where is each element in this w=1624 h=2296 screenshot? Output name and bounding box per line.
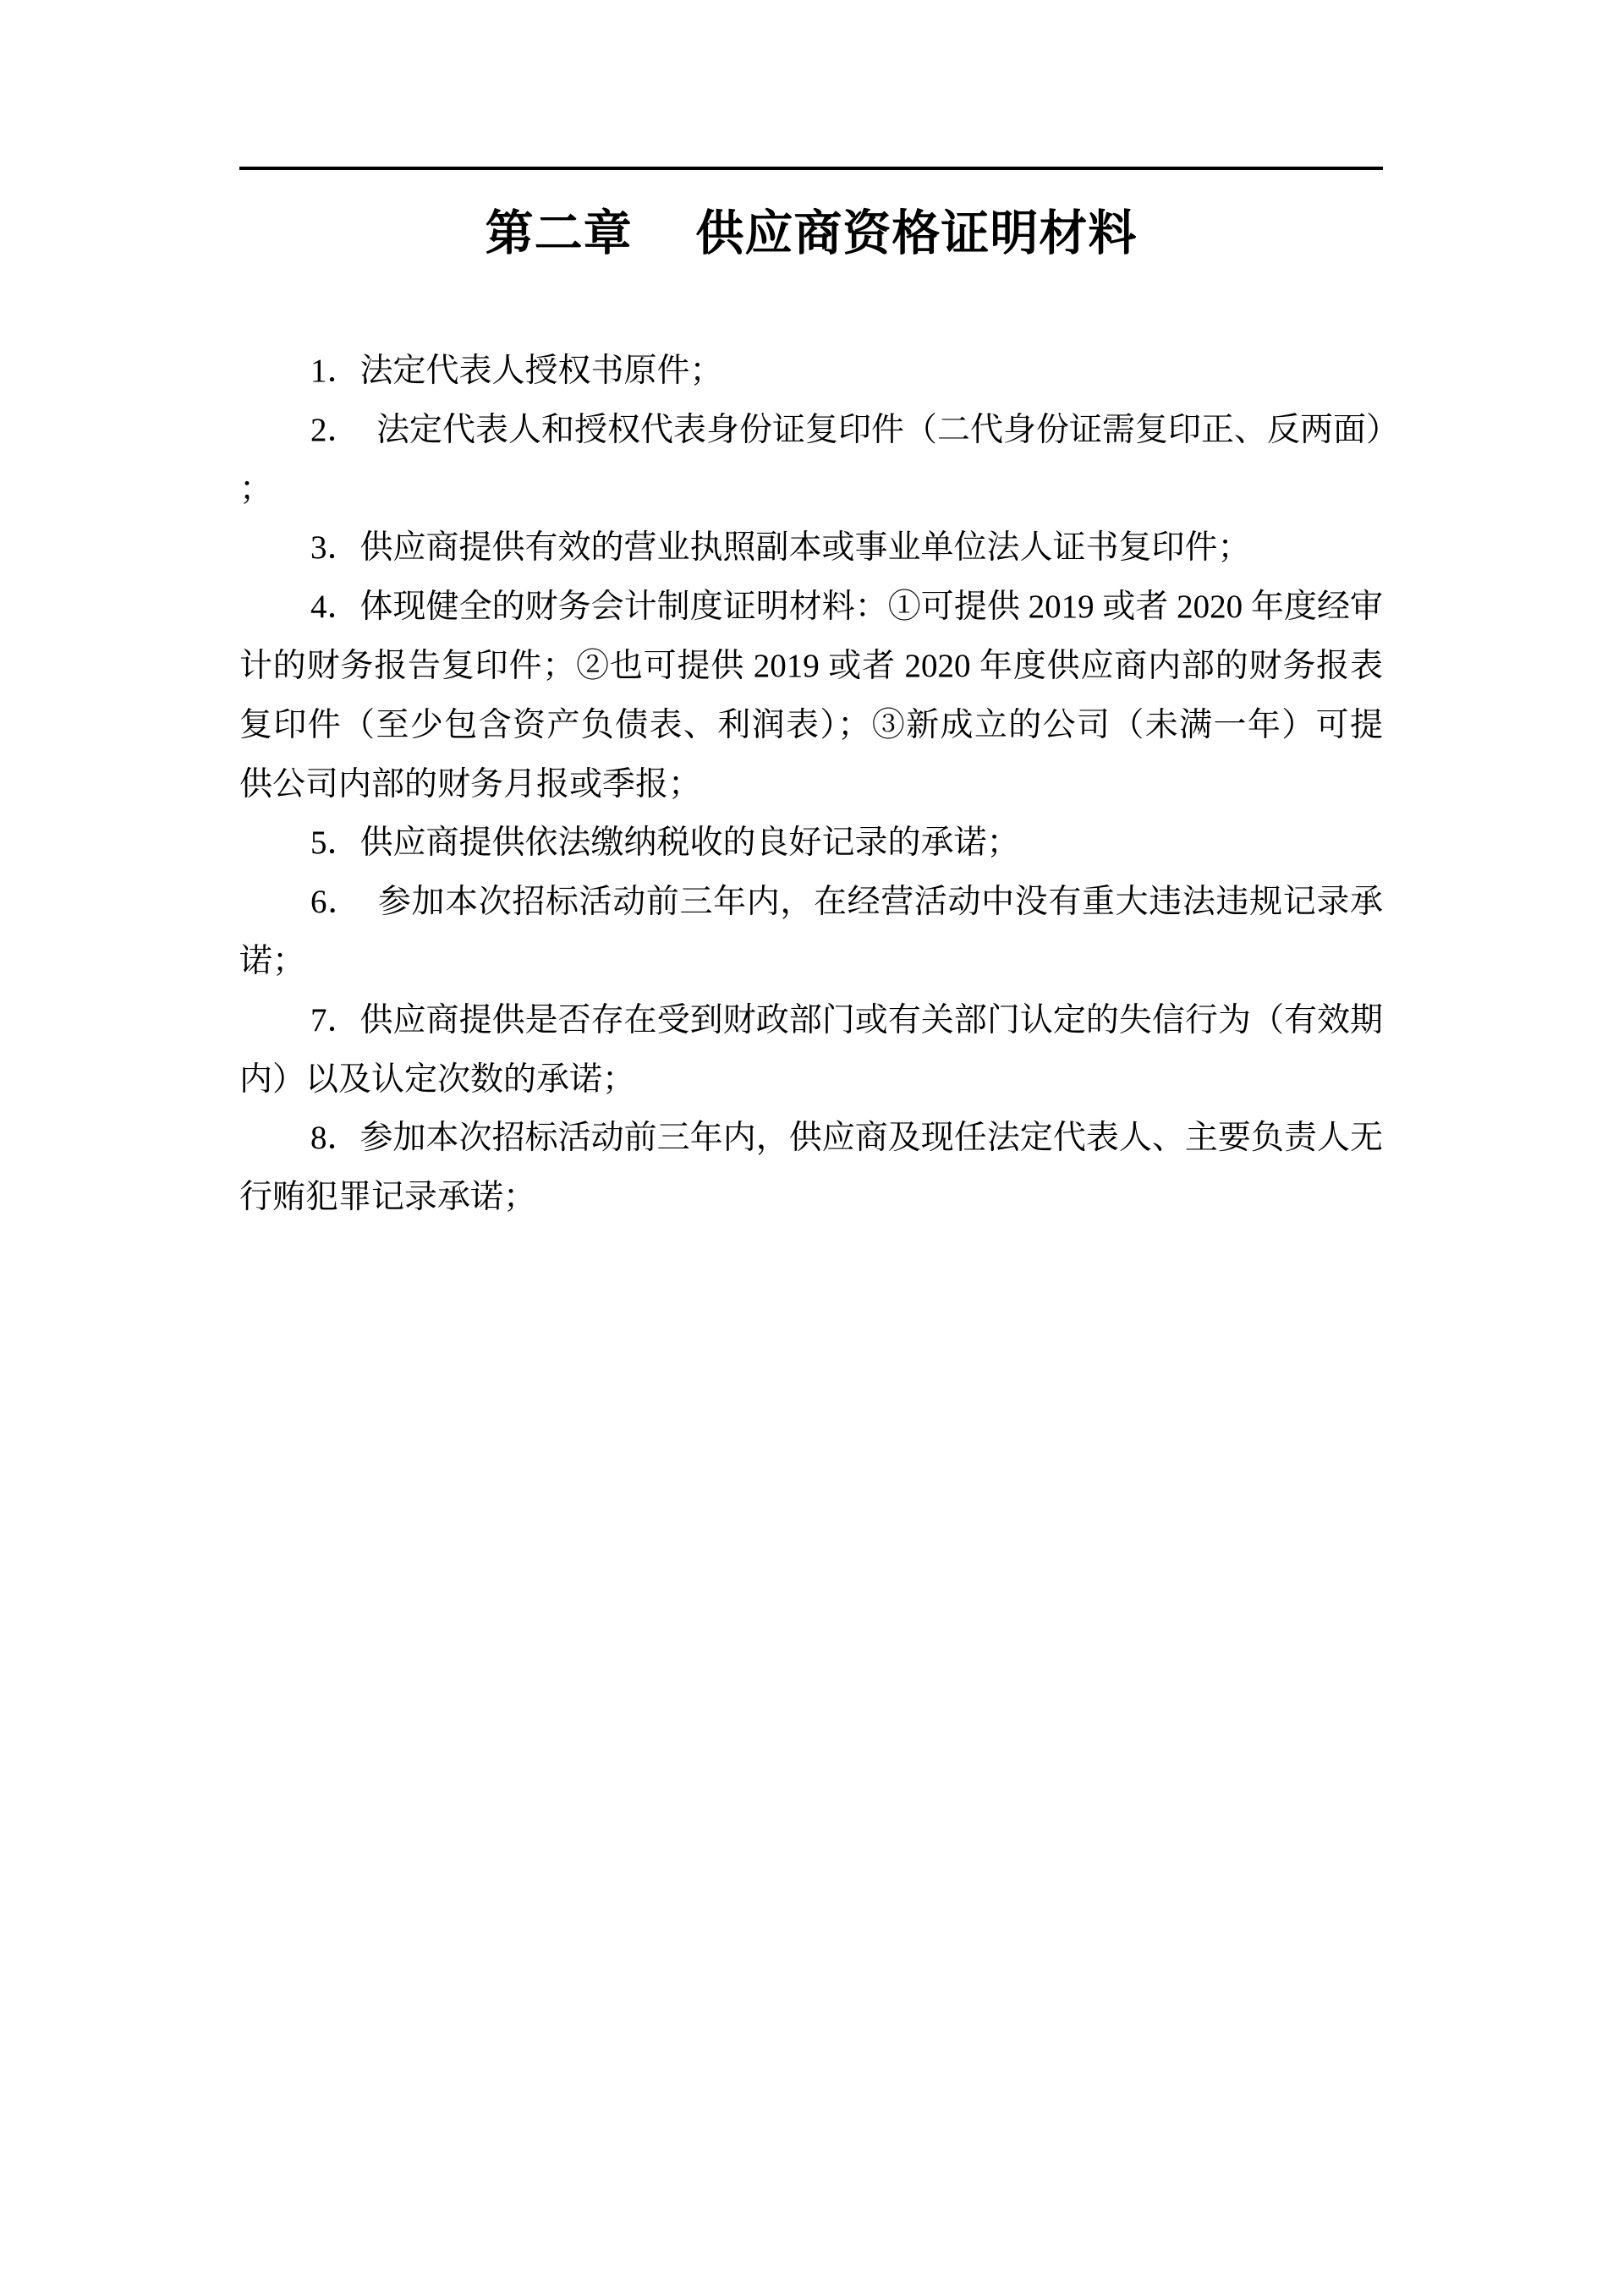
document-line: 诺； [239, 932, 1383, 991]
document-line: 3．供应商提供有效的营业执照副本或事业单位法人证书复印件； [239, 518, 1383, 578]
document-line: 2． 法定代表人和授权代表身份证复印件（二代身份证需复印正、反两面） [239, 401, 1383, 460]
document-line: 4．体现健全的财务会计制度证明材料：①可提供 2019 或者 2020 年度经审 [239, 578, 1383, 637]
document-line: 7．供应商提供是否存在受到财政部门或有关部门认定的失信行为（有效期 [239, 991, 1383, 1050]
document-line: 复印件（至少包含资产负债表、利润表）；③新成立的公司（未满一年）可提 [239, 696, 1383, 755]
header-rule [239, 167, 1383, 170]
document-line: 8．参加本次招标活动前三年内，供应商及现任法定代表人、主要负责人无 [239, 1109, 1383, 1168]
document-line: 5．供应商提供依法缴纳税收的良好记录的承诺； [239, 814, 1383, 873]
document-line: ； [239, 460, 1383, 519]
document-line: 1．法定代表人授权书原件； [239, 342, 1383, 401]
document-line: 6． 参加本次招标活动前三年内，在经营活动中没有重大违法违规记录承 [239, 873, 1383, 932]
document-body: 1．法定代表人授权书原件；2． 法定代表人和授权代表身份证复印件（二代身份证需复… [239, 342, 1383, 1227]
chapter-title: 第二章 供应商资格证明材料 [239, 204, 1383, 263]
document-line: 供公司内部的财务月报或季报； [239, 755, 1383, 814]
document-line: 计的财务报告复印件；②也可提供 2019 或者 2020 年度供应商内部的财务报… [239, 637, 1383, 696]
document-line: 内）以及认定次数的承诺； [239, 1050, 1383, 1110]
document-page: 第二章 供应商资格证明材料 1．法定代表人授权书原件；2． 法定代表人和授权代表… [0, 0, 1624, 2296]
document-line: 行贿犯罪记录承诺； [239, 1168, 1383, 1227]
